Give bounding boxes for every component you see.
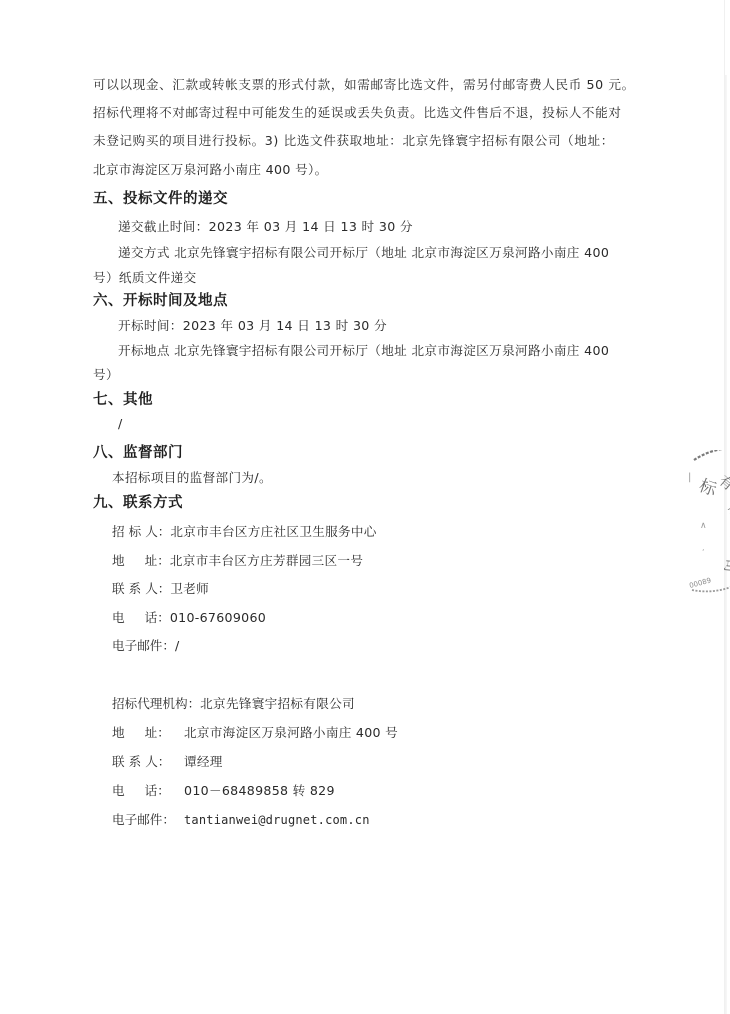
tenderer-address-row: 地 址：北京市丰台区方庄芳群园三区一号 [112,553,363,569]
agency-contact-row: 联 系 人：谭经理 [112,754,223,770]
tenderer-name: 北京市丰台区方庄社区卫生服务中心 [170,524,376,539]
field-label: 联 系 人： [112,581,170,597]
paragraph-line: 招标代理将不对邮寄过程中可能发生的延误或丢失负责。比选文件售后不退，投标人不能对 [93,105,622,121]
svg-text:公: 公 [726,531,730,547]
field-label: 联 系 人： [112,754,184,770]
agency-contact: 谭经理 [184,754,223,769]
svg-text:限: 限 [725,503,730,522]
agency-name: 北京先锋寰宇招标有限公司 [200,696,355,711]
agency-phone: 010－68489858 转 829 [184,783,335,798]
field-label: 电子邮件： [112,638,175,654]
field-label: 电 话： [112,783,184,799]
supervision-content: 本招标项目的监督部门为/。 [112,470,272,486]
tenderer-name-row: 招 标 人：北京市丰台区方庄社区卫生服务中心 [112,524,377,540]
paragraph-line: 未登记购买的项目进行投标。3) 比选文件获取地址：北京先锋寰宇招标有限公司（地址… [93,133,614,149]
field-label: 招标代理机构： [112,696,200,711]
svg-text:,: , [702,543,705,552]
agency-address-row: 地 址：北京市海淀区万泉河路小南庄 400 号 [112,725,398,741]
submission-method-cont: 号）纸质文件递交 [93,270,197,286]
agency-name-row: 招标代理机构：北京先锋寰宇招标有限公司 [112,696,355,712]
agency-phone-row: 电 话：010－68489858 转 829 [112,783,335,799]
svg-text:∧: ∧ [700,521,707,531]
tenderer-phone: 010-67609060 [170,610,266,625]
svg-text:司: 司 [721,558,730,573]
opening-time: 开标时间：2023 年 03 月 14 日 13 时 30 分 [118,318,387,334]
section-heading-supervision: 八、监督部门 [93,444,183,462]
tenderer-contact: 卫老师 [170,581,209,596]
other-content: / [118,416,123,432]
tenderer-contact-row: 联 系 人：卫老师 [112,581,209,597]
paragraph-line: 北京市海淀区万泉河路小南庄 400 号）。 [93,162,328,178]
page-edge-top [724,0,725,75]
section-heading-other: 七、其他 [93,391,153,409]
submission-method: 递交方式 北京先锋寰宇招标有限公司开标厅（地址 北京市海淀区万泉河路小南庄 40… [118,245,609,261]
submission-deadline: 递交截止时间：2023 年 03 月 14 日 13 时 30 分 [118,219,413,235]
field-label: 招 标 人： [112,524,170,540]
paragraph-line: 可以以现金、汇款或转帐支票的形式付款，如需邮寄比选文件，需另付邮寄费人民币 50… [93,77,635,93]
svg-text:标: 标 [696,476,720,501]
section-heading-opening: 六、开标时间及地点 [93,292,228,310]
seal-stamp-partial: 标 有 限 公 司 00089 | ∧ , [686,450,730,600]
section-heading-submission: 五、投标文件的递交 [93,190,228,208]
field-label: 地 址： [112,725,184,741]
svg-text:有: 有 [715,473,730,494]
tenderer-address: 北京市丰台区方庄芳群园三区一号 [170,553,363,568]
tenderer-email: / [175,638,180,653]
tenderer-phone-row: 电 话：010-67609060 [112,610,266,626]
opening-place: 开标地点 北京先锋寰宇招标有限公司开标厅（地址 北京市海淀区万泉河路小南庄 40… [118,343,609,359]
field-label: 电 话： [112,610,170,626]
section-heading-contact: 九、联系方式 [93,494,183,512]
svg-text:00089: 00089 [688,576,712,589]
agency-address: 北京市海淀区万泉河路小南庄 400 号 [184,725,398,740]
opening-place-cont: 号） [93,367,119,383]
agency-email-row: 电子邮件：tantianwei@drugnet.com.cn [112,812,370,828]
agency-email: tantianwei@drugnet.com.cn [184,813,370,827]
seal-icon: 标 有 限 公 司 00089 | ∧ , [686,450,730,600]
field-label: 电子邮件： [112,812,184,828]
svg-text:|: | [688,472,691,483]
field-label: 地 址： [112,553,170,569]
tenderer-email-row: 电子邮件：/ [112,638,180,654]
